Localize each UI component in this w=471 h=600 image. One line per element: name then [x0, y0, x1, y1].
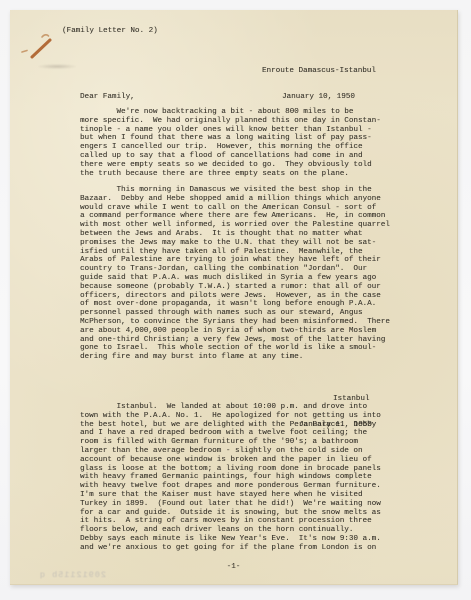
- dateline-1-date: January 10, 1950: [262, 93, 376, 102]
- letter-paragraph-1: We're now backtracking a bit - about 800…: [80, 108, 381, 178]
- pencil-smudge: [38, 64, 76, 69]
- salutation: Dear Family,: [80, 93, 135, 102]
- scan-background: (Family Letter No. 2) Enroute Damascus-I…: [0, 0, 471, 600]
- pencil-checkmark-icon: [14, 24, 64, 64]
- family-letter-number: (Family Letter No. 2): [62, 27, 158, 36]
- letter-page: (Family Letter No. 2) Enroute Damascus-I…: [10, 10, 458, 585]
- dateline-1-place: Enroute Damascus-Istanbul: [262, 67, 376, 76]
- letter-paragraph-2: This morning in Damascus we visited the …: [80, 186, 390, 362]
- letter-paragraph-3: Istanbul. We landed at about 10:00 p.m. …: [80, 403, 381, 553]
- bleed-through-text: 20912115b q: [16, 570, 106, 580]
